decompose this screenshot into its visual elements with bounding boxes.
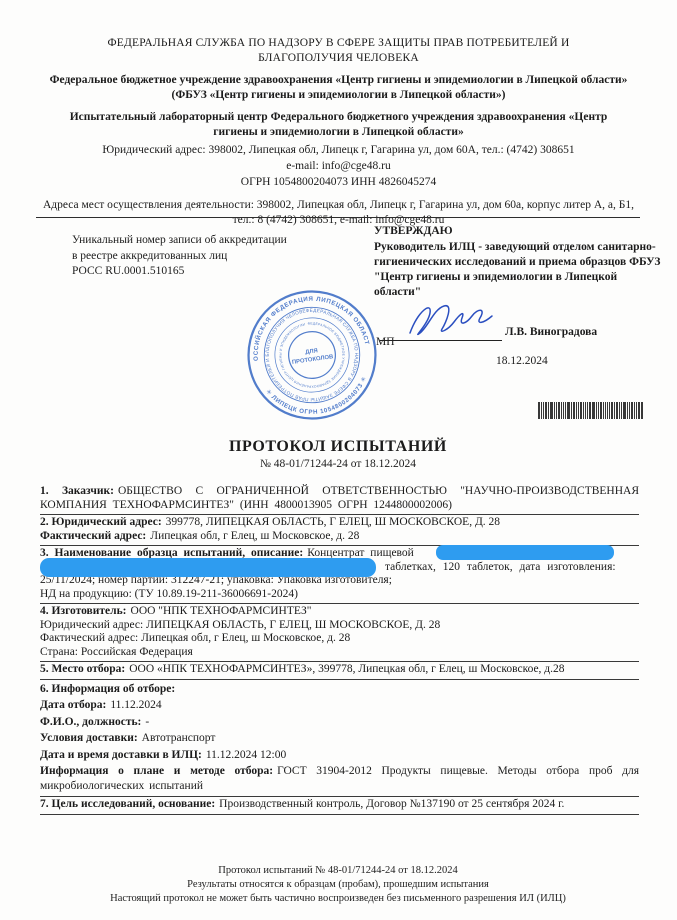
email-line: e-mail: info@cge48.ru: [36, 159, 641, 174]
field-value: ЛИПЕЦКАЯ ОБЛАСТЬ, Г ЕЛЕЦ, Ш МОСКОВСКОЕ, …: [146, 619, 440, 631]
field-label: 1. Заказчик:: [40, 485, 114, 497]
field-label: Дата отбора:: [40, 699, 106, 711]
section-customer: 1. Заказчик:ОБЩЕСТВО С ОГРАНИЧЕННОЙ ОТВЕ…: [40, 484, 639, 515]
field-value: -: [145, 716, 149, 728]
field-label: Ф.И.О., должность:: [40, 716, 141, 728]
protocol-number: № 48-01/71244-24 от 18.12.2024: [36, 458, 640, 470]
section-manufacturer: 4. Изготовитель:ООО "НПК ТЕХНОФАРМСИНТЕЗ…: [40, 604, 639, 662]
accreditation-number: РОСС RU.0001.510165: [72, 264, 324, 280]
footer-line-1: Протокол испытаний № 48-01/71244-24 от 1…: [36, 864, 640, 878]
field-label: Условия доставки:: [40, 732, 138, 744]
approval-date: 18.12.2024: [496, 355, 548, 367]
field-label: 4. Изготовитель:: [40, 605, 127, 617]
signer-name: Л.В. Виноградова: [505, 326, 597, 338]
field-label: Страна:: [40, 646, 78, 658]
field-label: 7. Цель исследований, основание:: [40, 798, 215, 810]
protocol-fields: 1. Заказчик:ОБЩЕСТВО С ОГРАНИЧЕННОЙ ОТВЕ…: [40, 484, 639, 815]
section-customer-address: 2. Юридический адрес:399778, ЛИПЕЦКАЯ ОБ…: [40, 515, 639, 546]
stamp-center-line-2: ПРОТОКОЛОВ: [292, 354, 334, 366]
field-value: 399778, ЛИПЕЦКАЯ ОБЛАСТЬ, Г ЕЛЕЦ, Ш МОСК…: [166, 516, 500, 528]
document-footer: Протокол испытаний № 48-01/71244-24 от 1…: [36, 864, 640, 906]
accreditation-line-1: Уникальный номер записи об аккредитации: [72, 233, 324, 249]
accreditation-line-2: в реестре аккредитованных лиц: [72, 249, 324, 265]
field-value: ООО "НПК ТЕХНОФАРМСИНТЕЗ": [131, 605, 312, 617]
section-sampling-place: 5. Место отбора:ООО «НПК ТЕХНОФАРМСИНТЕЗ…: [40, 662, 639, 680]
field-value: ОБЩЕСТВО С ОГРАНИЧЕННОЙ ОТВЕТСТВЕННОСТЬЮ…: [40, 485, 639, 511]
approval-heading: УТВЕРЖДАЮ: [374, 224, 662, 239]
field-label: 2. Юридический адрес:: [40, 516, 162, 528]
field-label: 5. Место отбора:: [40, 663, 125, 675]
field-value: Российская Федерация: [81, 646, 193, 658]
footer-line-2: Результаты относятся к образцам (пробам)…: [36, 878, 640, 892]
federal-service-name: ФЕДЕРАЛЬНАЯ СЛУЖБА ПО НАДЗОРУ В СФЕРЕ ЗА…: [61, 36, 616, 66]
field-value: 11.12.2024 12:00: [206, 749, 286, 761]
approval-block: УТВЕРЖДАЮ Руководитель ИЛЦ - заведующий …: [374, 224, 662, 300]
round-seal-stamp: РОССИЙСКАЯ ФЕДЕРАЦИЯ ЛИПЕЦКАЯ ОБЛАСТЬ ✳ …: [237, 280, 386, 429]
redaction-box: [436, 545, 614, 560]
legal-address-line: Юридический адрес: 398002, Липецкая обл,…: [36, 143, 641, 158]
field-label: 6. Информация об отборе:: [40, 683, 175, 695]
field-value: Липецкая обл, г Елец, ш Московское, д. 2…: [150, 530, 359, 542]
field-label: Дата и время доставки в ИЛЦ:: [40, 749, 202, 761]
laboratory-name: Испытательный лабораторный центр Федерал…: [50, 110, 628, 140]
field-label: Юридический адрес:: [40, 619, 143, 631]
field-value: Производственный контроль, Договор №1371…: [219, 798, 564, 810]
approval-body: Руководитель ИЛЦ - заведующий отделом са…: [374, 240, 662, 300]
field-label: НД на продукцию:: [40, 588, 132, 600]
signature: [404, 299, 500, 343]
field-label: Фактический адрес:: [40, 530, 146, 542]
organization-name: Федеральное бюджетное учреждение здравоо…: [39, 73, 639, 103]
protocol-title: ПРОТОКОЛ ИСПЫТАНИЙ: [36, 438, 640, 456]
field-value: (ТУ 10.89.19-211-36006691-2024): [135, 588, 298, 600]
redaction-box: [40, 558, 376, 577]
field-value: Автотранспорт: [142, 732, 216, 744]
ogrn-inn-line: ОГРН 1054800204073 ИНН 4826045274: [36, 175, 641, 190]
field-value: ООО «НПК ТЕХНОФАРМСИНТЕЗ», 399778, Липец…: [129, 663, 564, 675]
section-research-purpose: 7. Цель исследований, основание:Производ…: [40, 797, 639, 815]
document-header: ФЕДЕРАЛЬНАЯ СЛУЖБА ПО НАДЗОРУ В СФЕРЕ ЗА…: [36, 36, 641, 228]
field-value: 11.12.2024: [110, 699, 161, 711]
accreditation-block: Уникальный номер записи об аккредитации …: [72, 233, 324, 280]
section-sampling-info: 6. Информация об отборе: Дата отбора:11.…: [40, 680, 639, 798]
field-value: Липецкая обл, г Елец, ш Московское, д. 2…: [141, 632, 350, 644]
section-sample-description: 3. Наименование образца испытаний, описа…: [40, 546, 639, 604]
field-label: Информация о плане и методе отбора:: [40, 765, 273, 777]
stamp-center-line-1: ДЛЯ: [305, 348, 318, 356]
protocol-document-page: ФЕДЕРАЛЬНАЯ СЛУЖБА ПО НАДЗОРУ В СФЕРЕ ЗА…: [0, 0, 677, 920]
field-value: таблетках, 120 таблеток, дата изготовлен…: [385, 561, 639, 575]
footer-line-3: Настоящий протокол не может быть частичн…: [36, 892, 640, 906]
header-divider: [36, 217, 640, 218]
barcode: [538, 402, 643, 419]
field-label: Фактический адрес:: [40, 632, 138, 644]
